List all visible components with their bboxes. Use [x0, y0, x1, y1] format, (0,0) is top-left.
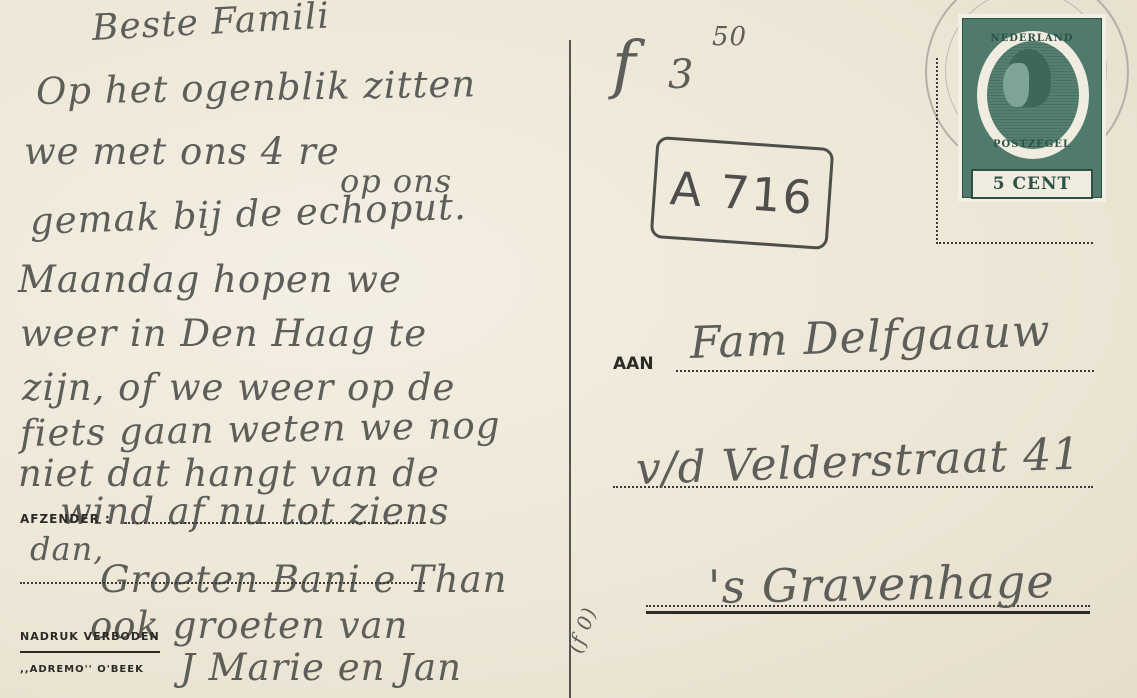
vertical-divider — [569, 40, 571, 698]
printer-label: ,,ADREMO'' O'BEEK — [20, 664, 144, 675]
afzender-dotted-line-1 — [125, 522, 425, 524]
message-line-10: dan, — [30, 530, 104, 568]
queen-face-icon — [1003, 63, 1029, 107]
postage-stamp: NEDERLAND POSTZEGEL 5 CENT — [958, 14, 1106, 202]
message-line-1: Op het ogenblik zitten — [36, 62, 477, 113]
price-cents: 50 — [712, 22, 747, 52]
message-line-4: Maandag hopen we — [18, 258, 402, 301]
afzender-label: AFZENDER : — [20, 512, 111, 526]
aan-label: AAN — [613, 354, 654, 374]
nadruk-verboden-label: NADRUK VERBODEN — [20, 630, 160, 643]
stamp-frame: NEDERLAND POSTZEGEL 5 CENT — [962, 18, 1102, 198]
message-line-11: Groeten Bani e Than — [100, 558, 508, 601]
address-line-1: Fam Delfgaauw — [689, 305, 1051, 369]
message-line-3: gemak bij de echoput. — [29, 185, 467, 243]
address-line-3: 's Gravenhage — [708, 554, 1055, 614]
stamp-country: NEDERLAND — [963, 33, 1101, 44]
message-line-8: niet dat hangt van de — [18, 452, 440, 495]
message-greeting: Beste Famili — [91, 0, 331, 49]
message-line-13: J Marie en Jan — [180, 646, 462, 689]
message-line-7: fiets gaan weten we nog — [20, 404, 501, 455]
price-main: 3 — [668, 52, 694, 98]
postcard-back: Beste Famili Op het ogenblik zitten we m… — [0, 0, 1137, 698]
message-line-5: weer in Den Haag te — [20, 312, 427, 355]
afzender-dotted-line-2 — [20, 582, 425, 584]
reference-stamp-box: A 716 — [650, 136, 835, 250]
nadruk-underline — [20, 651, 160, 653]
stamp-value: 5 CENT — [971, 169, 1093, 199]
message-line-6: zijn, of we weer op de — [22, 366, 455, 409]
message-line-9: wind af nu tot ziens — [60, 490, 450, 533]
address-dotted-line-1 — [676, 370, 1094, 372]
message-line-2: we met ons 4 re — [24, 130, 340, 173]
price-symbol: f — [612, 28, 637, 102]
address-line-2: v/d Velderstraat 41 — [635, 428, 1082, 495]
stamp-postzegel: POSTZEGEL — [963, 139, 1101, 150]
